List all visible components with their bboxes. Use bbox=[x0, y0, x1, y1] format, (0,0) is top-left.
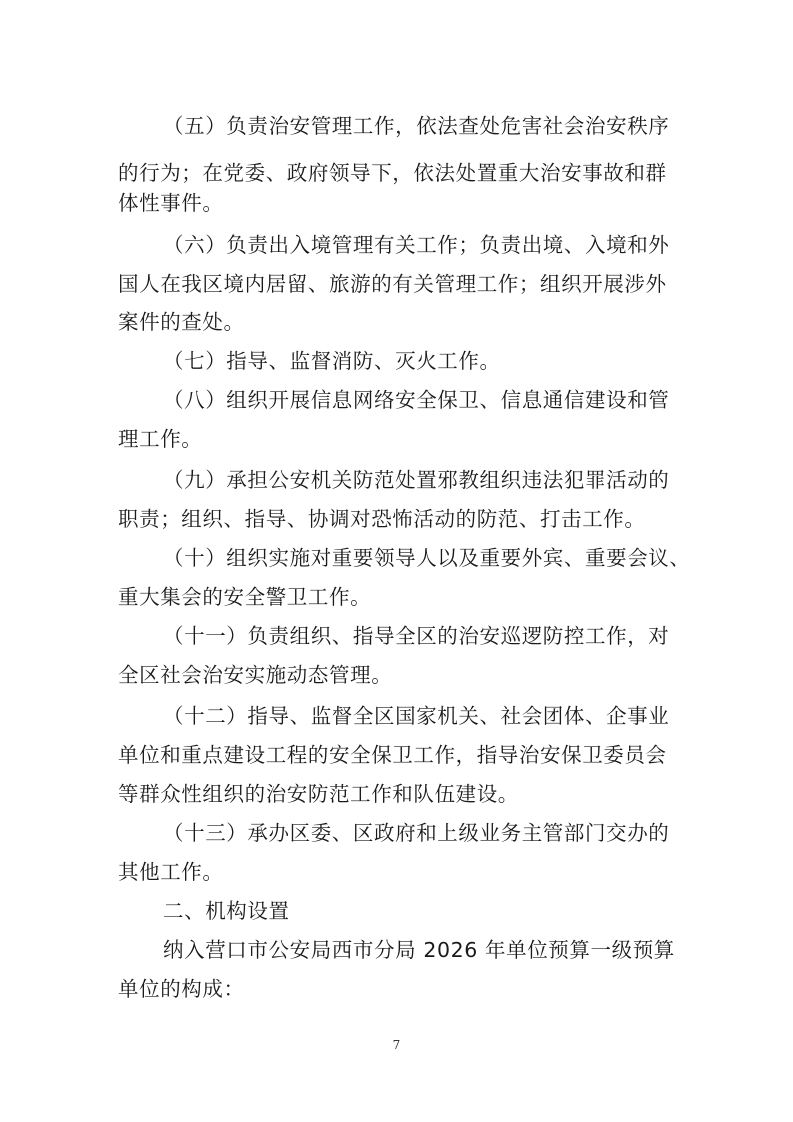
paragraph-item-5-line-2: 的行为；在党委、政府领导下，依法处置重大治安事故和群 bbox=[118, 159, 667, 187]
paragraph-item-10-line-1: （十）组织实施对重要领导人以及重要外宾、重要会议、 bbox=[163, 544, 691, 572]
paragraph-item-9-line-1: （九）承担公安机关防范处置邪教组织违法犯罪活动的 bbox=[163, 466, 669, 494]
paragraph-item-8-line-1: （八）组织开展信息网络安全保卫、信息通信建设和管 bbox=[163, 386, 669, 414]
paragraph-item-12-line-1: （十二）指导、监督全区国家机关、社会团体、企事业 bbox=[163, 702, 669, 730]
paragraph-item-11-line-1: （十一）负责组织、指导全区的治安巡逻防控工作，对 bbox=[163, 622, 669, 650]
paragraph-item-7-line-1: （七）指导、监督消防、灭火工作。 bbox=[163, 347, 501, 375]
paragraph-item-8-line-2: 理工作。 bbox=[118, 425, 202, 453]
paragraph-section-2-line-1: 纳入营口市公安局西市分局 2026 年单位预算一级预算 bbox=[163, 936, 675, 964]
paragraph-item-6-line-1: （六）负责出入境管理有关工作；负责出境、入境和外 bbox=[163, 231, 669, 259]
section-heading-organization: 二、机构设置 bbox=[163, 897, 290, 925]
paragraph-item-10-line-2: 重大集会的安全警卫工作。 bbox=[118, 583, 371, 611]
paragraph-item-12-line-3: 等群众性组织的治安防范工作和队伍建设。 bbox=[118, 780, 519, 808]
document-page: （五）负责治安管理工作，依法查处危害社会治安秩序 的行为；在党委、政府领导下，依… bbox=[0, 0, 793, 1122]
paragraph-item-13-line-1: （十三）承办区委、区政府和上级业务主管部门交办的 bbox=[163, 819, 669, 847]
paragraph-item-5-line-1: （五）负责治安管理工作，依法查处危害社会治安秩序 bbox=[163, 112, 669, 140]
paragraph-item-5-line-3: 体性事件。 bbox=[118, 189, 224, 217]
paragraph-item-11-line-2: 全区社会治安实施动态管理。 bbox=[118, 661, 392, 689]
paragraph-item-12-line-2: 单位和重点建设工程的安全保卫工作，指导治安保卫委员会 bbox=[118, 741, 667, 769]
paragraph-item-6-line-2: 国人在我区境内居留、旅游的有关管理工作；组织开展涉外 bbox=[118, 270, 667, 298]
paragraph-item-13-line-2: 其他工作。 bbox=[118, 858, 224, 886]
page-number: 7 bbox=[0, 1038, 793, 1052]
paragraph-item-9-line-2: 职责；组织、指导、协调对恐怖活动的防范、打击工作。 bbox=[118, 505, 646, 533]
paragraph-item-6-line-3: 案件的查处。 bbox=[118, 308, 245, 336]
paragraph-section-2-line-2: 单位的构成： bbox=[118, 975, 245, 1003]
